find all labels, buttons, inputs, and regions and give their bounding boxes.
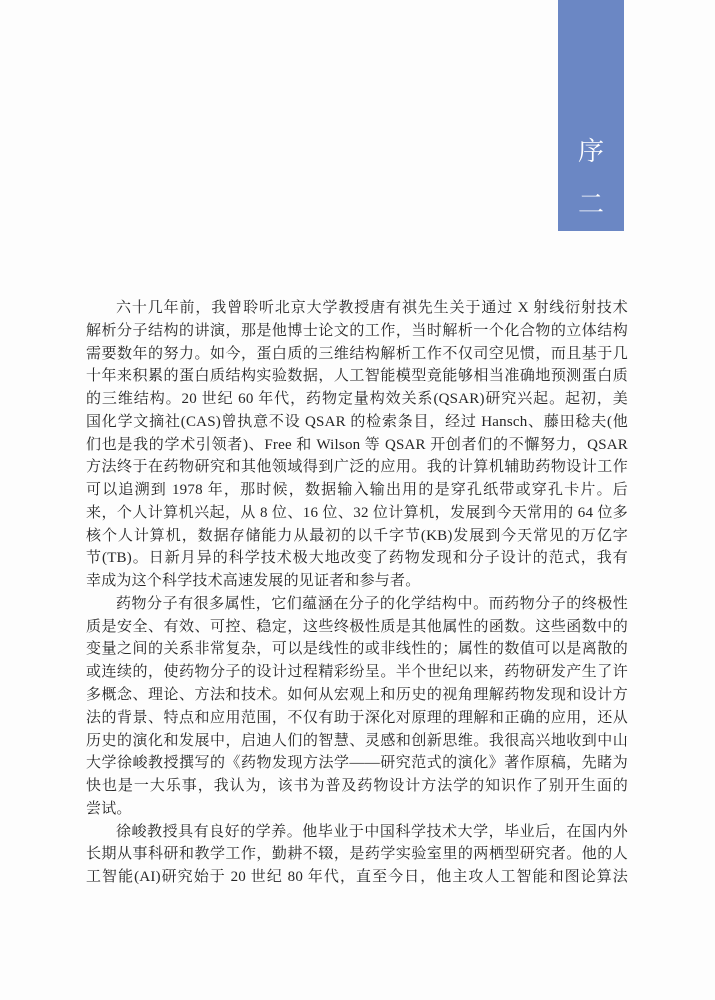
text-line: 核个人计算机，数据存储能力从最初的以千字节(KB)发展到今天常见的万亿字 <box>86 525 628 548</box>
text-line: 质是安全、有效、可控、稳定，这些终极性质是其他属性的函数。这些函数中的 <box>86 616 628 639</box>
text-line: 方法终于在药物研究和其他领域得到广泛的应用。我的计算机辅助药物设计工作 <box>86 456 628 479</box>
text-line: 尝试。 <box>86 798 628 821</box>
text-line: 大学徐峻教授撰写的《药物发现方法学——研究范式的演化》著作原稿，先睹为 <box>86 752 628 775</box>
text-line: 长期从事科研和教学工作，勤耕不辍，是药学实验室里的两栖型研究者。他的人 <box>86 843 628 866</box>
text-line: 法的背景、特点和应用范围，不仅有助于深化对原理的理解和正确的应用，还从 <box>86 707 628 730</box>
text-line: 国化学文摘社(CAS)曾执意不设 QSAR 的检索条目，经过 Hansch、藤田… <box>86 411 628 434</box>
text-line: 幸成为这个科学技术高速发展的见证者和参与者。 <box>86 570 628 593</box>
paragraph: 药物分子有很多属性，它们蕴涵在分子的化学结构中。而药物分子的终极性质是安全、有效… <box>86 593 628 821</box>
text-line: 或连续的，使药物分子的设计过程精彩纷呈。半个世纪以来，药物研发产生了许 <box>86 661 628 684</box>
text-line: 快也是一大乐事，我认为，该书为普及药物设计方法学的知识作了别开生面的 <box>86 775 628 798</box>
paragraph: 徐峻教授具有良好的学养。他毕业于中国科学技术大学，毕业后，在国内外长期从事科研和… <box>86 821 628 889</box>
text-line: 来，个人计算机兴起，从 8 位、16 位、32 位计算机，发展到今天常用的 64… <box>86 502 628 525</box>
text-line: 六十几年前，我曾聆听北京大学教授唐有祺先生关于通过 X 射线衍射技术 <box>86 297 628 320</box>
text-line: 解析分子结构的讲演，那是他博士论文的工作，当时解析一个化合物的立体结构 <box>86 320 628 343</box>
text-line: 徐峻教授具有良好的学养。他毕业于中国科学技术大学，毕业后，在国内外 <box>86 821 628 844</box>
text-line: 的三维结构。20 世纪 60 年代，药物定量构效关系(QSAR)研究兴起。起初，… <box>86 388 628 411</box>
text-line: 历史的演化和发展中，启迪人们的智慧、灵感和创新思维。我很高兴地收到中山 <box>86 730 628 753</box>
text-block: 六十几年前，我曾聆听北京大学教授唐有祺先生关于通过 X 射线衍射技术解析分子结构… <box>86 297 628 889</box>
paragraph: 六十几年前，我曾聆听北京大学教授唐有祺先生关于通过 X 射线衍射技术解析分子结构… <box>86 297 628 593</box>
text-line: 可以追溯到 1978 年，那时候，数据输入输出用的是穿孔纸带或穿孔卡片。后 <box>86 479 628 502</box>
book-page: 序 二 六十几年前，我曾聆听北京大学教授唐有祺先生关于通过 X 射线衍射技术解析… <box>0 0 715 1000</box>
text-line: 变量之间的关系非常复杂，可以是线性的或非线性的；属性的数值可以是离散的 <box>86 638 628 661</box>
text-line: 十年来积累的蛋白质结构实验数据，人工智能模型竟能够相当准确地预测蛋白质 <box>86 365 628 388</box>
preface-title-tab: 序 二 <box>558 0 624 231</box>
text-line: 药物分子有很多属性，它们蕴涵在分子的化学结构中。而药物分子的终极性 <box>86 593 628 616</box>
text-line: 需要数年的努力。如今，蛋白质的三维结构解析工作不仅司空见惯，而且基于几 <box>86 343 628 366</box>
preface-title-char-er: 二 <box>578 192 604 218</box>
text-line: 们也是我的学术引领者)、Free 和 Wilson 等 QSAR 开创者们的不懈… <box>86 434 628 457</box>
text-line: 节(TB)。日新月异的科学技术极大地改变了药物发现和分子设计的范式，我有 <box>86 547 628 570</box>
text-line: 工智能(AI)研究始于 20 世纪 80 年代，直至今日，他主攻人工智能和图论算… <box>86 866 628 889</box>
text-line: 多概念、理论、方法和技术。如何从宏观上和历史的视角理解药物发现和设计方 <box>86 684 628 707</box>
preface-title-char-xu: 序 <box>578 139 604 165</box>
